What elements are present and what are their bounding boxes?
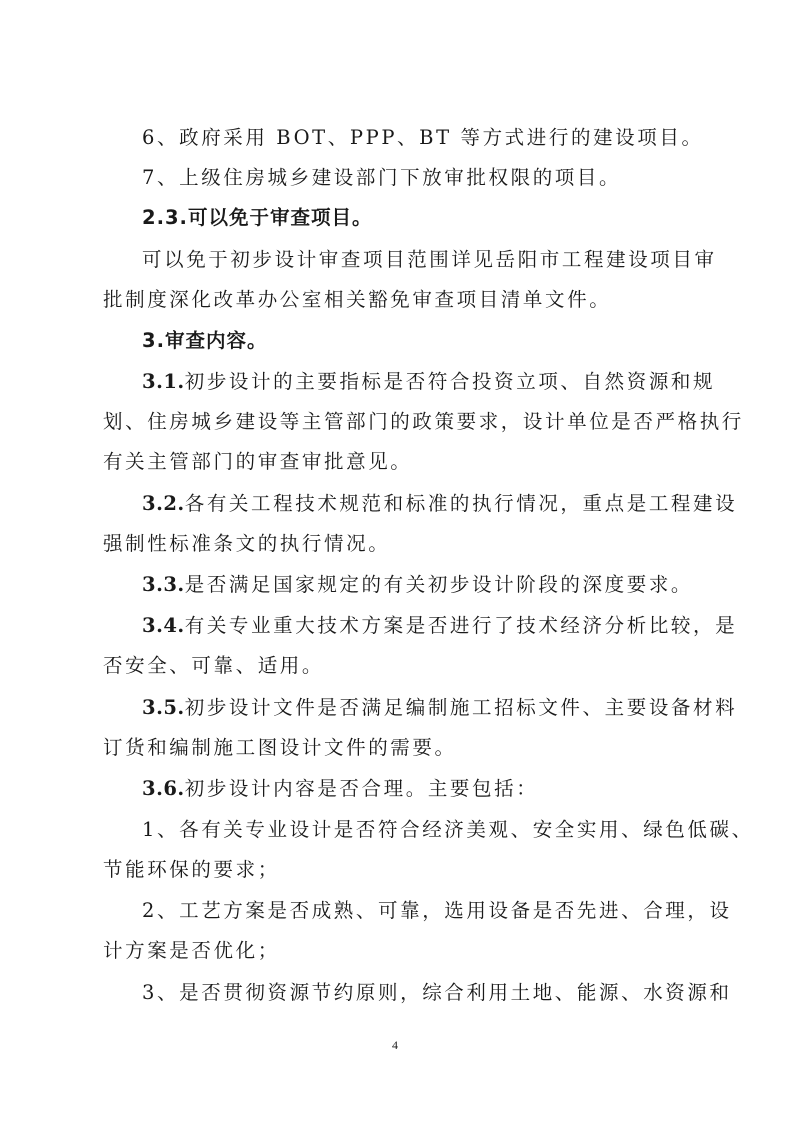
line-text: 是否满足国家规定的有关初步设计阶段的深度要求。 [185, 573, 693, 596]
line-text: 可以免于初步设计审查项目范围详见岳阳市工程建设项目审 [142, 248, 717, 271]
line-text: 初步设计的主要指标是否符合投资立项、自然资源和规 [185, 370, 715, 393]
clause-3-1: 3.1.初步设计的主要指标是否符合投资立项、自然资源和规 [142, 362, 715, 402]
page-number: 4 [392, 1038, 398, 1053]
clause-number: 3.6. [142, 777, 185, 800]
paragraph-line: 节能环保的要求； [103, 850, 280, 890]
heading-text: 3.审查内容。 [142, 329, 267, 352]
line-text: 节能环保的要求； [103, 858, 280, 881]
paragraph-line: 有关主管部门的审查审批意见。 [103, 442, 412, 482]
clause-3-5: 3.5.初步设计文件是否满足编制施工招标文件、主要设备材料 [142, 688, 737, 728]
list-item-6: 6、政府采用 BOT、PPP、BT 等方式进行的建设项目。 [142, 118, 704, 158]
list-item-3: 3、是否贯彻资源节约原则，综合利用土地、能源、水资源和 [142, 973, 732, 1013]
paragraph-line: 可以免于初步设计审查项目范围详见岳阳市工程建设项目审 [142, 240, 717, 280]
section-heading-3: 3.审查内容。 [142, 321, 267, 361]
clause-number: 3.5. [142, 696, 185, 719]
line-text: 批制度深化改革办公室相关豁免审查项目清单文件。 [103, 288, 611, 311]
line-text: 强制性标准条文的执行情况。 [103, 532, 390, 555]
list-item-7: 7、上级住房城乡建设部门下放审批权限的项目。 [142, 158, 621, 198]
line-text: 2、工艺方案是否成熟、可靠，选用设备是否先进、合理，设 [142, 899, 732, 922]
list-item-1: 1、各有关专业设计是否符合经济美观、安全实用、绿色低碳、 [142, 810, 754, 850]
clause-number: 3.3. [142, 573, 185, 596]
clause-3-2: 3.2.各有关工程技术规范和标准的执行情况，重点是工程建设 [142, 484, 737, 524]
section-heading-2-3: 2.3.可以免于审查项目。 [142, 198, 372, 238]
clause-3-4: 3.4.有关专业重大技术方案是否进行了技术经济分析比较，是 [142, 606, 737, 646]
line-text: 3、是否贯彻资源节约原则，综合利用土地、能源、水资源和 [142, 981, 732, 1004]
clause-3-6: 3.6.初步设计内容是否合理。主要包括： [142, 769, 538, 809]
clause-number: 3.4. [142, 614, 185, 637]
paragraph-line: 批制度深化改革办公室相关豁免审查项目清单文件。 [103, 280, 611, 320]
line-text: 初步设计文件是否满足编制施工招标文件、主要设备材料 [185, 696, 738, 719]
line-text: 7、上级住房城乡建设部门下放审批权限的项目。 [142, 166, 621, 189]
paragraph-line: 划、住房城乡建设等主管部门的政策要求，设计单位是否严格执行 [103, 402, 744, 442]
clause-3-3: 3.3.是否满足国家规定的有关初步设计阶段的深度要求。 [142, 565, 693, 605]
line-text: 否安全、可靠、适用。 [103, 654, 324, 677]
line-text: 订货和编制施工图设计文件的需要。 [103, 736, 457, 759]
line-text: 有关主管部门的审查审批意见。 [103, 450, 412, 473]
list-item-2: 2、工艺方案是否成熟、可靠，选用设备是否先进、合理，设 [142, 891, 732, 931]
line-text: 各有关工程技术规范和标准的执行情况，重点是工程建设 [185, 492, 738, 515]
paragraph-line: 计方案是否优化； [103, 931, 280, 971]
paragraph-line: 强制性标准条文的执行情况。 [103, 524, 390, 564]
line-text: 有关专业重大技术方案是否进行了技术经济分析比较，是 [185, 614, 738, 637]
line-text: 初步设计内容是否合理。主要包括： [185, 777, 539, 800]
clause-number: 3.1. [142, 370, 185, 393]
line-text: 计方案是否优化； [103, 939, 280, 962]
line-text: 1、各有关专业设计是否符合经济美观、安全实用、绿色低碳、 [142, 818, 754, 841]
paragraph-line: 订货和编制施工图设计文件的需要。 [103, 728, 457, 768]
paragraph-line: 否安全、可靠、适用。 [103, 646, 324, 686]
heading-text: 2.3.可以免于审查项目。 [142, 206, 372, 229]
clause-number: 3.2. [142, 492, 185, 515]
line-text: 划、住房城乡建设等主管部门的政策要求，设计单位是否严格执行 [103, 410, 744, 433]
line-text: 6、政府采用 BOT、PPP、BT 等方式进行的建设项目。 [142, 126, 704, 149]
